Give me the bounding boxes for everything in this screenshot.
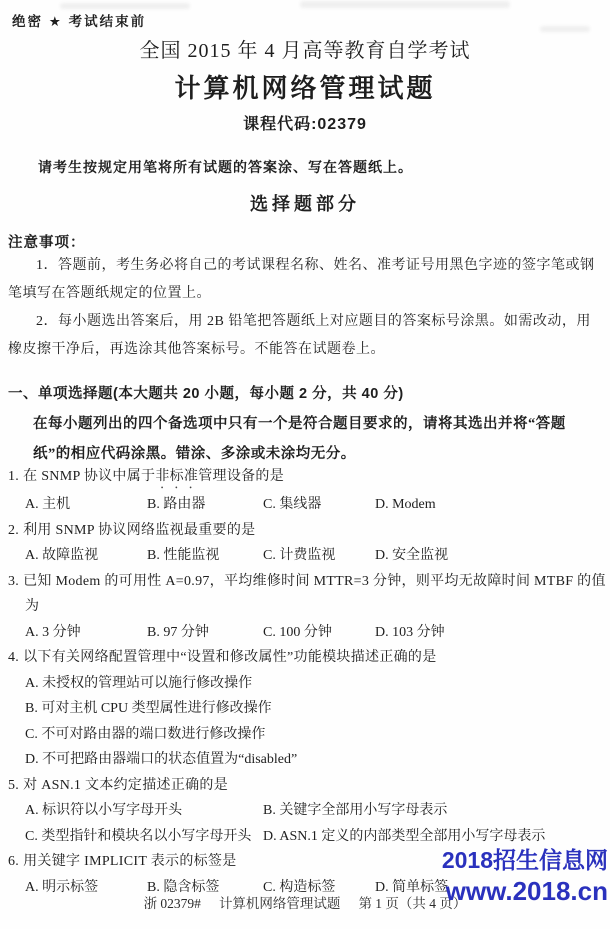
stem-text: 对 ASN.1 文本约定描述正确的是 [23,778,228,793]
option-b: B. 关键字全部用小写字母表示 [263,798,606,824]
notes-block: 1．答题前，考生务必将自己的考试课程名称、姓名、准考证号用黑色字迹的签字笔或钢笔… [8,252,600,364]
option-c: C. 集线器 [263,492,375,518]
scan-noise [300,1,510,8]
options-row: A. 主机 B. 路由器 C. 集线器 D. Modem [8,492,606,518]
options-row: A. 3 分钟 B. 97 分钟 C. 100 分钟 D. 103 分钟 [8,620,606,646]
question-list: 1.在 SNMP 协议中属于非标准管理设备的是 A. 主机 B. 路由器 C. … [8,464,606,900]
stem-text: 利用 SNMP 协议网络监视最重要的是 [23,523,255,538]
question-number: 3. [8,574,19,589]
question-number: 1. [8,469,19,484]
watermark-site-url: www.2018.cn [442,878,608,904]
question-stem: 2.利用 SNMP 协议网络监视最重要的是 [8,518,606,544]
question-stem: 3.已知 Modem 的可用性 A=0.97，平均维修时间 MTTR=3 分钟，… [8,569,606,620]
scan-noise [60,3,190,9]
option-c: C. 不可对路由器的端口数进行修改操作 [25,722,606,748]
option-b: B. 可对主机 CPU 类型属性进行修改操作 [25,696,606,722]
exam-title: 计算机网络管理试题 [0,68,610,105]
stem-emphasized-text: 非标准 [155,469,198,484]
option-a: A. 未授权的管理站可以施行修改操作 [25,671,606,697]
option-d: D. 安全监视 [375,543,606,569]
option-d: D. Modem [375,492,606,518]
section-1-intro: 在每小题列出的四个备选项中只有一个是符合题目要求的，请将其选出并将“答题纸”的相… [33,409,599,469]
option-a: A. 故障监视 [25,543,147,569]
option-a: A. 3 分钟 [25,620,147,646]
question-number: 6. [8,854,19,869]
question-3: 3.已知 Modem 的可用性 A=0.97，平均维修时间 MTTR=3 分钟，… [8,569,606,646]
option-c: C. 100 分钟 [263,620,375,646]
note-item-1: 1．答题前，考生务必将自己的考试课程名称、姓名、准考证号用黑色字迹的签字笔或钢笔… [8,252,600,308]
exam-paper-page: 绝密 ★ 考试结束前 全国 2015 年 4 月高等教育自学考试 计算机网络管理… [0,0,610,929]
stem-text: 已知 Modem 的可用性 A=0.97，平均维修时间 MTTR=3 分钟，则平… [23,574,606,615]
option-b: B. 路由器 [147,492,263,518]
options-row: A. 故障监视 B. 性能监视 C. 计费监视 D. 安全监视 [8,543,606,569]
answer-instruction: 请考生按规定用笔将所有试题的答案涂、写在答题纸上。 [38,157,413,177]
question-number: 2. [8,523,19,538]
notes-heading: 注意事项： [8,231,86,252]
exam-session-title: 全国 2015 年 4 月高等教育自学考试 [0,34,610,63]
watermark: 2018招生信息网 www.2018.cn [442,849,608,904]
section-1-heading: 一、单项选择题(本大题共 20 小题，每小题 2 分，共 40 分) [8,382,404,403]
option-a: A. 标识符以小写字母开头 [25,798,263,824]
option-d: D. ASN.1 定义的内部类型全部用小写字母表示 [263,824,606,850]
option-a: A. 主机 [25,492,147,518]
question-stem: 4.以下有关网络配置管理中“设置和修改属性”功能模块描述正确的是 [8,645,606,671]
question-1: 1.在 SNMP 协议中属于非标准管理设备的是 A. 主机 B. 路由器 C. … [8,464,606,518]
stem-text: 管理设备的是 [198,469,284,484]
stem-text: 用关键字 IMPLICIT 表示的标签是 [23,854,236,869]
stem-text: 在 SNMP 协议中属于 [23,469,155,484]
question-number: 4. [8,650,19,665]
security-notice: 绝密 ★ 考试结束前 [12,10,146,30]
footer-paper-title: 计算机网络管理试题 [219,896,341,911]
stem-text: 以下有关网络配置管理中“设置和修改属性”功能模块描述正确的是 [23,650,436,665]
watermark-site-name: 2018招生信息网 [442,849,608,872]
question-5: 5.对 ASN.1 文本约定描述正确的是 A. 标识符以小写字母开头 B. 关键… [8,773,606,850]
options-column: A. 未授权的管理站可以施行修改操作 B. 可对主机 CPU 类型属性进行修改操… [8,671,606,773]
option-b: B. 97 分钟 [147,620,263,646]
question-stem: 5.对 ASN.1 文本约定描述正确的是 [8,773,606,799]
option-d: D. 103 分钟 [375,620,606,646]
question-stem: 1.在 SNMP 协议中属于非标准管理设备的是 [8,464,606,492]
scan-noise [540,26,590,32]
options-row: A. 标识符以小写字母开头 B. 关键字全部用小写字母表示 C. 类型指针和模块… [8,798,606,849]
question-number: 5. [8,778,19,793]
option-c: C. 类型指针和模块名以小写字母开头 [25,824,263,850]
note-item-2: 2．每小题选出答案后，用 2B 铅笔把答题纸上对应题目的答案标号涂黑。如需改动，… [8,308,600,364]
option-c: C. 计费监视 [263,543,375,569]
footer-paper-code: 浙 02379# [144,896,201,911]
question-4: 4.以下有关网络配置管理中“设置和修改属性”功能模块描述正确的是 A. 未授权的… [8,645,606,773]
part-heading: 选择题部分 [0,190,610,216]
question-2: 2.利用 SNMP 协议网络监视最重要的是 A. 故障监视 B. 性能监视 C.… [8,518,606,569]
option-b: B. 性能监视 [147,543,263,569]
course-code: 课程代码:02379 [0,111,610,134]
option-d: D. 不可把路由器端口的状态值置为“disabled” [25,747,606,773]
